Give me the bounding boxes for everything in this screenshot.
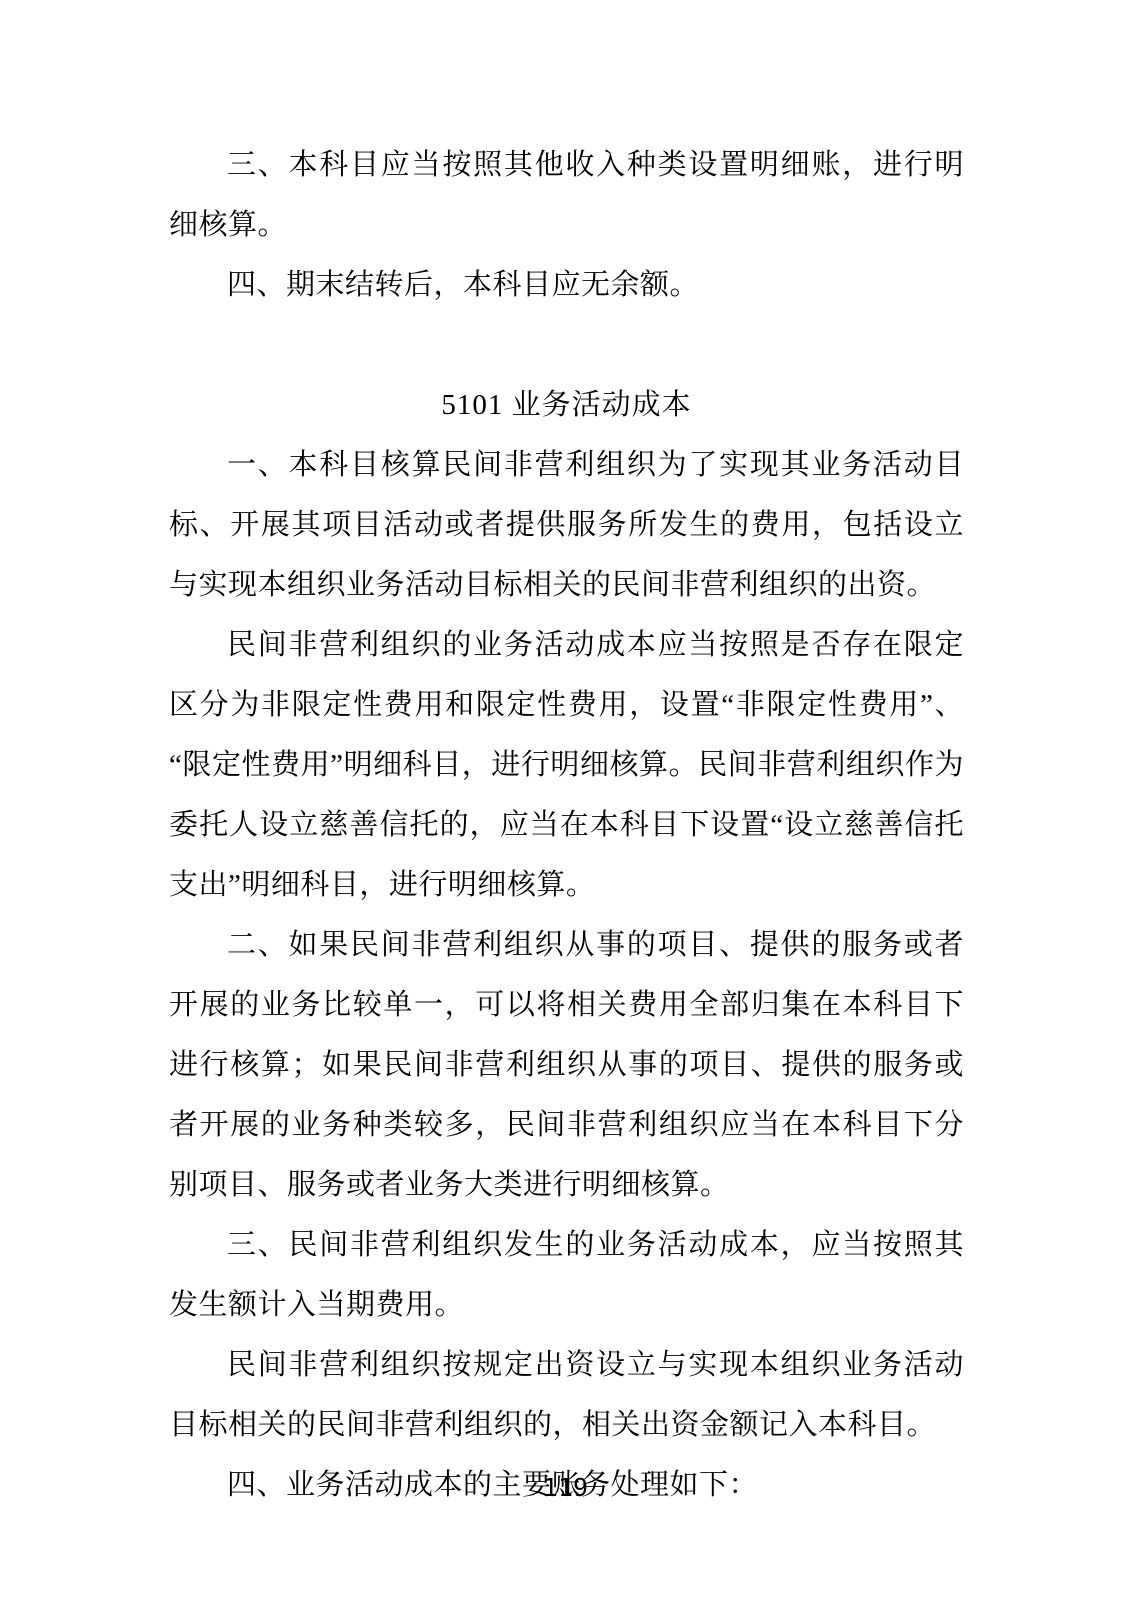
paragraph-item-4-closing-balance: 四、期末结转后，本科目应无余额。 [169, 255, 964, 315]
section-heading-5101: 5101 业务活动成本 [169, 375, 964, 435]
paragraph-item-2-detail-accounting: 二、如果民间非营利组织从事的项目、提供的服务或者开展的业务比较单一，可以将相关费… [169, 915, 964, 1215]
paragraph-item-1-scope: 一、本科目核算民间非营利组织为了实现其业务活动目标、开展其项目活动或者提供服务所… [169, 435, 964, 615]
document-body: 三、本科目应当按照其他收入种类设置明细账，进行明细核算。 四、期末结转后，本科目… [169, 135, 964, 1515]
paragraph-restricted-unrestricted: 民间非营利组织的业务活动成本应当按照是否存在限定区分为非限定性费用和限定性费用，… [169, 615, 964, 915]
paragraph-item-3-current-expense: 三、民间非营利组织发生的业务活动成本，应当按照其发生额计入当期费用。 [169, 1215, 964, 1335]
page-number: 119 [0, 1472, 1131, 1504]
document-page: 三、本科目应当按照其他收入种类设置明细账，进行明细核算。 四、期末结转后，本科目… [0, 0, 1131, 1600]
paragraph-item-3-other-income: 三、本科目应当按照其他收入种类设置明细账，进行明细核算。 [169, 135, 964, 255]
paragraph-investment-amount: 民间非营利组织按规定出资设立与实现本组织业务活动目标相关的民间非营利组织的，相关… [169, 1335, 964, 1455]
